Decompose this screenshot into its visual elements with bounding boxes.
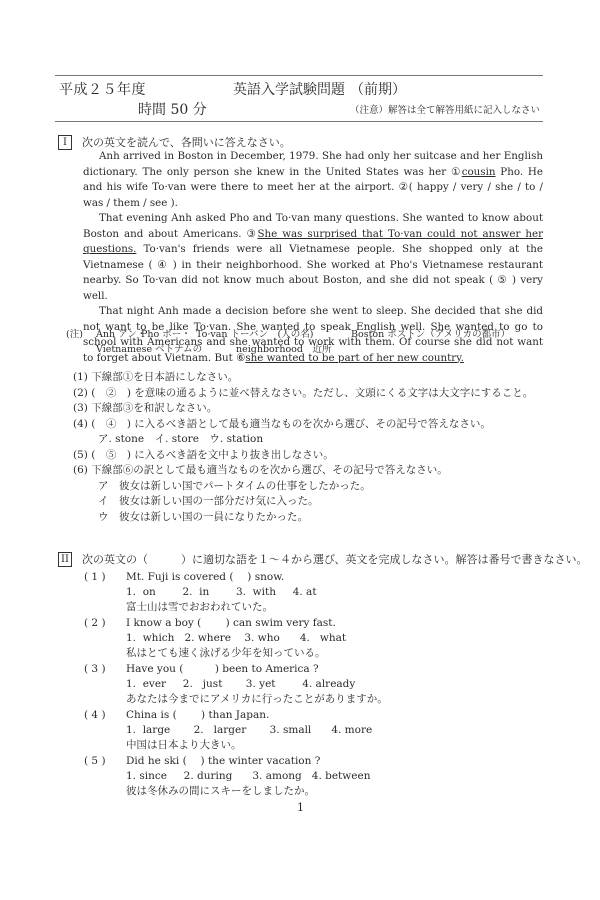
grammar-item-3: ( 3 )Have you ( ) been to America ? 1. e… — [84, 662, 388, 707]
notes-row-1: (注) Anh アン・ Pho ポー・ To·van トーバン (人の名) Bo… — [66, 327, 510, 342]
page-number: 1 — [297, 801, 304, 814]
question-4-options: ア. stone イ. store ウ. station — [73, 432, 533, 448]
section-2-items: ( 1 )Mt. Fuji is covered ( ) snow. 1. on… — [84, 570, 388, 800]
grammar-item-2: ( 2 )I know a boy ( ) can swim very fast… — [84, 616, 388, 661]
vocabulary-notes: (注) Anh アン・ Pho ポー・ To·van トーバン (人の名) Bo… — [66, 327, 510, 357]
item-translation: あなたは今までにアメリカに行ったことがありますか。 — [84, 692, 388, 707]
section-2-instruction: 次の英文の（ ）に適切な語を１～４から選び、英文を完成しなさい。解答は番号で書き… — [82, 551, 588, 567]
grammar-item-1: ( 1 )Mt. Fuji is covered ( ) snow. 1. on… — [84, 570, 388, 615]
passage-paragraph-2: That evening Anh asked Pho and To·van ma… — [83, 211, 543, 304]
question-3: (3) 下線部③を和訳しなさい。 — [73, 401, 533, 417]
question-4: (4) ( ④ ) に入るべき語として最も適当なものを次から選び、その記号で答え… — [73, 417, 533, 433]
question-1: (1) 下線部①を日本語にしなさい。 — [73, 370, 533, 386]
item-options: 1. which 2. where 3. who 4. what — [84, 631, 388, 646]
marker-1: ① — [451, 166, 462, 178]
item-options: 1. ever 2. just 3. yet 4. already — [84, 677, 388, 692]
section-1-questions: (1) 下線部①を日本語にしなさい。 (2) ( ② ) を意味の通るように並べ… — [73, 370, 533, 525]
exam-time-limit: 時間 50 分 — [138, 99, 207, 119]
notes-label: (注) — [66, 327, 96, 342]
section-1-instruction: 次の英文を読んで、各問いに答えなさい。 — [82, 134, 291, 150]
question-6-option-b: イ 彼女は新しい国の一部分だけ気に入った。 — [73, 494, 533, 510]
exam-instruction-note: （注意）解答は全て解答用紙に記入しなさい — [350, 102, 540, 116]
passage-paragraph-1: Anh arrived in Boston in December, 1979.… — [83, 149, 543, 211]
exam-page: 平成２５年度 時間 50 分 英語入学試験問題 （前期） （注意）解答は全て解答… — [0, 0, 600, 900]
section-2-heading: II 次の英文の（ ）に適切な語を１～４から選び、英文を完成しなさい。解答は番号… — [58, 551, 588, 567]
section-1-heading: I 次の英文を読んで、各問いに答えなさい。 — [58, 134, 291, 150]
section-number-box: I — [58, 135, 72, 150]
item-translation: 富士山は雪でおおわれていた。 — [84, 600, 388, 615]
section-number-box: II — [58, 552, 72, 567]
grammar-item-4: ( 4 )China is ( ) than Japan. 1. large 2… — [84, 708, 388, 753]
underline-1: cousin — [462, 166, 496, 178]
exam-term: （前期） — [350, 79, 406, 99]
exam-header: 平成２５年度 時間 50 分 英語入学試験問題 （前期） （注意）解答は全て解答… — [55, 75, 543, 122]
item-options: 1. since 2. during 3. among 4. between — [84, 769, 388, 784]
notes-row-2: Vietnamese ベトナムの neighborhood 近所 — [66, 342, 510, 357]
item-options: 1. large 2. larger 3. small 4. more — [84, 723, 388, 738]
item-translation: 彼は冬休みの間にスキーをしましたか。 — [84, 784, 388, 799]
exam-title: 英語入学試験問題 — [233, 79, 345, 99]
question-5: (5) ( ⑤ ) に入るべき語を文中より抜き出しなさい。 — [73, 448, 533, 464]
question-6-option-a: ア 彼女は新しい国でパートタイムの仕事をしたかった。 — [73, 479, 533, 495]
marker-3: ③ — [247, 228, 258, 240]
question-6-option-c: ウ 彼女は新しい国の一員になりたかった。 — [73, 510, 533, 526]
exam-year: 平成２５年度 — [59, 79, 146, 99]
item-translation: 中国は日本より大きい。 — [84, 738, 388, 753]
grammar-item-5: ( 5 )Did he ski ( ) the winter vacation … — [84, 754, 388, 799]
item-options: 1. on 2. in 3. with 4. at — [84, 585, 388, 600]
question-2: (2) ( ② ) を意味の通るように並べ替えなさい。ただし、文頭にくる文字は大… — [73, 386, 533, 402]
item-translation: 私はとても速く泳げる少年を知っている。 — [84, 646, 388, 661]
question-6: (6) 下線部⑥の訳として最も適当なものを次から選び、その記号で答えなさい。 — [73, 463, 533, 479]
